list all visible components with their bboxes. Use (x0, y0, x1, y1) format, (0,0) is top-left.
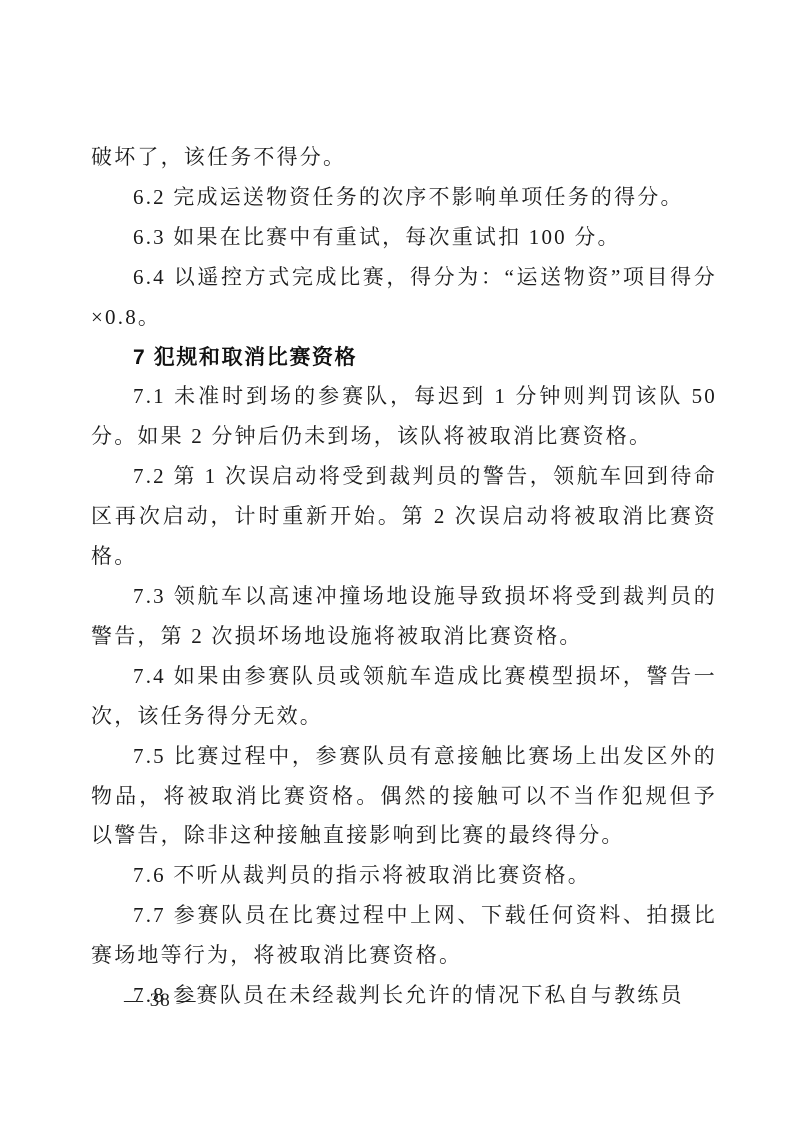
paragraph-7-5: 7.5 比赛过程中，参赛队员有意接触比赛场上出发区外的物品，将被取消比赛资格。偶… (91, 737, 717, 857)
paragraph-continuation: 破坏了，该任务不得分。 (91, 138, 717, 178)
paragraph-6-3: 6.3 如果在比赛中有重试，每次重试扣 100 分。 (91, 218, 717, 258)
paragraph-7-7: 7.7 参赛队员在比赛过程中上网、下载任何资料、拍摄比赛场地等行为，将被取消比赛… (91, 896, 717, 976)
paragraph-7-2: 7.2 第 1 次误启动将受到裁判员的警告，领航车回到待命区再次启动，计时重新开… (91, 457, 717, 577)
document-body: 破坏了，该任务不得分。 6.2 完成运送物资任务的次序不影响单项任务的得分。 6… (91, 138, 717, 1016)
paragraph-7-1: 7.1 未准时到场的参赛队，每迟到 1 分钟则判罚该队 50 分。如果 2 分钟… (91, 377, 717, 457)
paragraph-6-4: 6.4 以遥控方式完成比赛，得分为：“运送物资”项目得分×0.8。 (91, 258, 717, 338)
page-number: — 38 — (124, 988, 197, 1014)
page-number-text: — 38 — (124, 990, 197, 1011)
section-7-heading: 7 犯规和取消比赛资格 (91, 338, 717, 378)
document-page: 破坏了，该任务不得分。 6.2 完成运送物资任务的次序不影响单项任务的得分。 6… (0, 0, 794, 1122)
paragraph-6-2: 6.2 完成运送物资任务的次序不影响单项任务的得分。 (91, 178, 717, 218)
paragraph-7-3: 7.3 领航车以高速冲撞场地设施导致损坏将受到裁判员的警告，第 2 次损坏场地设… (91, 577, 717, 657)
paragraph-7-4: 7.4 如果由参赛队员或领航车造成比赛模型损坏，警告一次，该任务得分无效。 (91, 657, 717, 737)
paragraph-7-6: 7.6 不听从裁判员的指示将被取消比赛资格。 (91, 856, 717, 896)
